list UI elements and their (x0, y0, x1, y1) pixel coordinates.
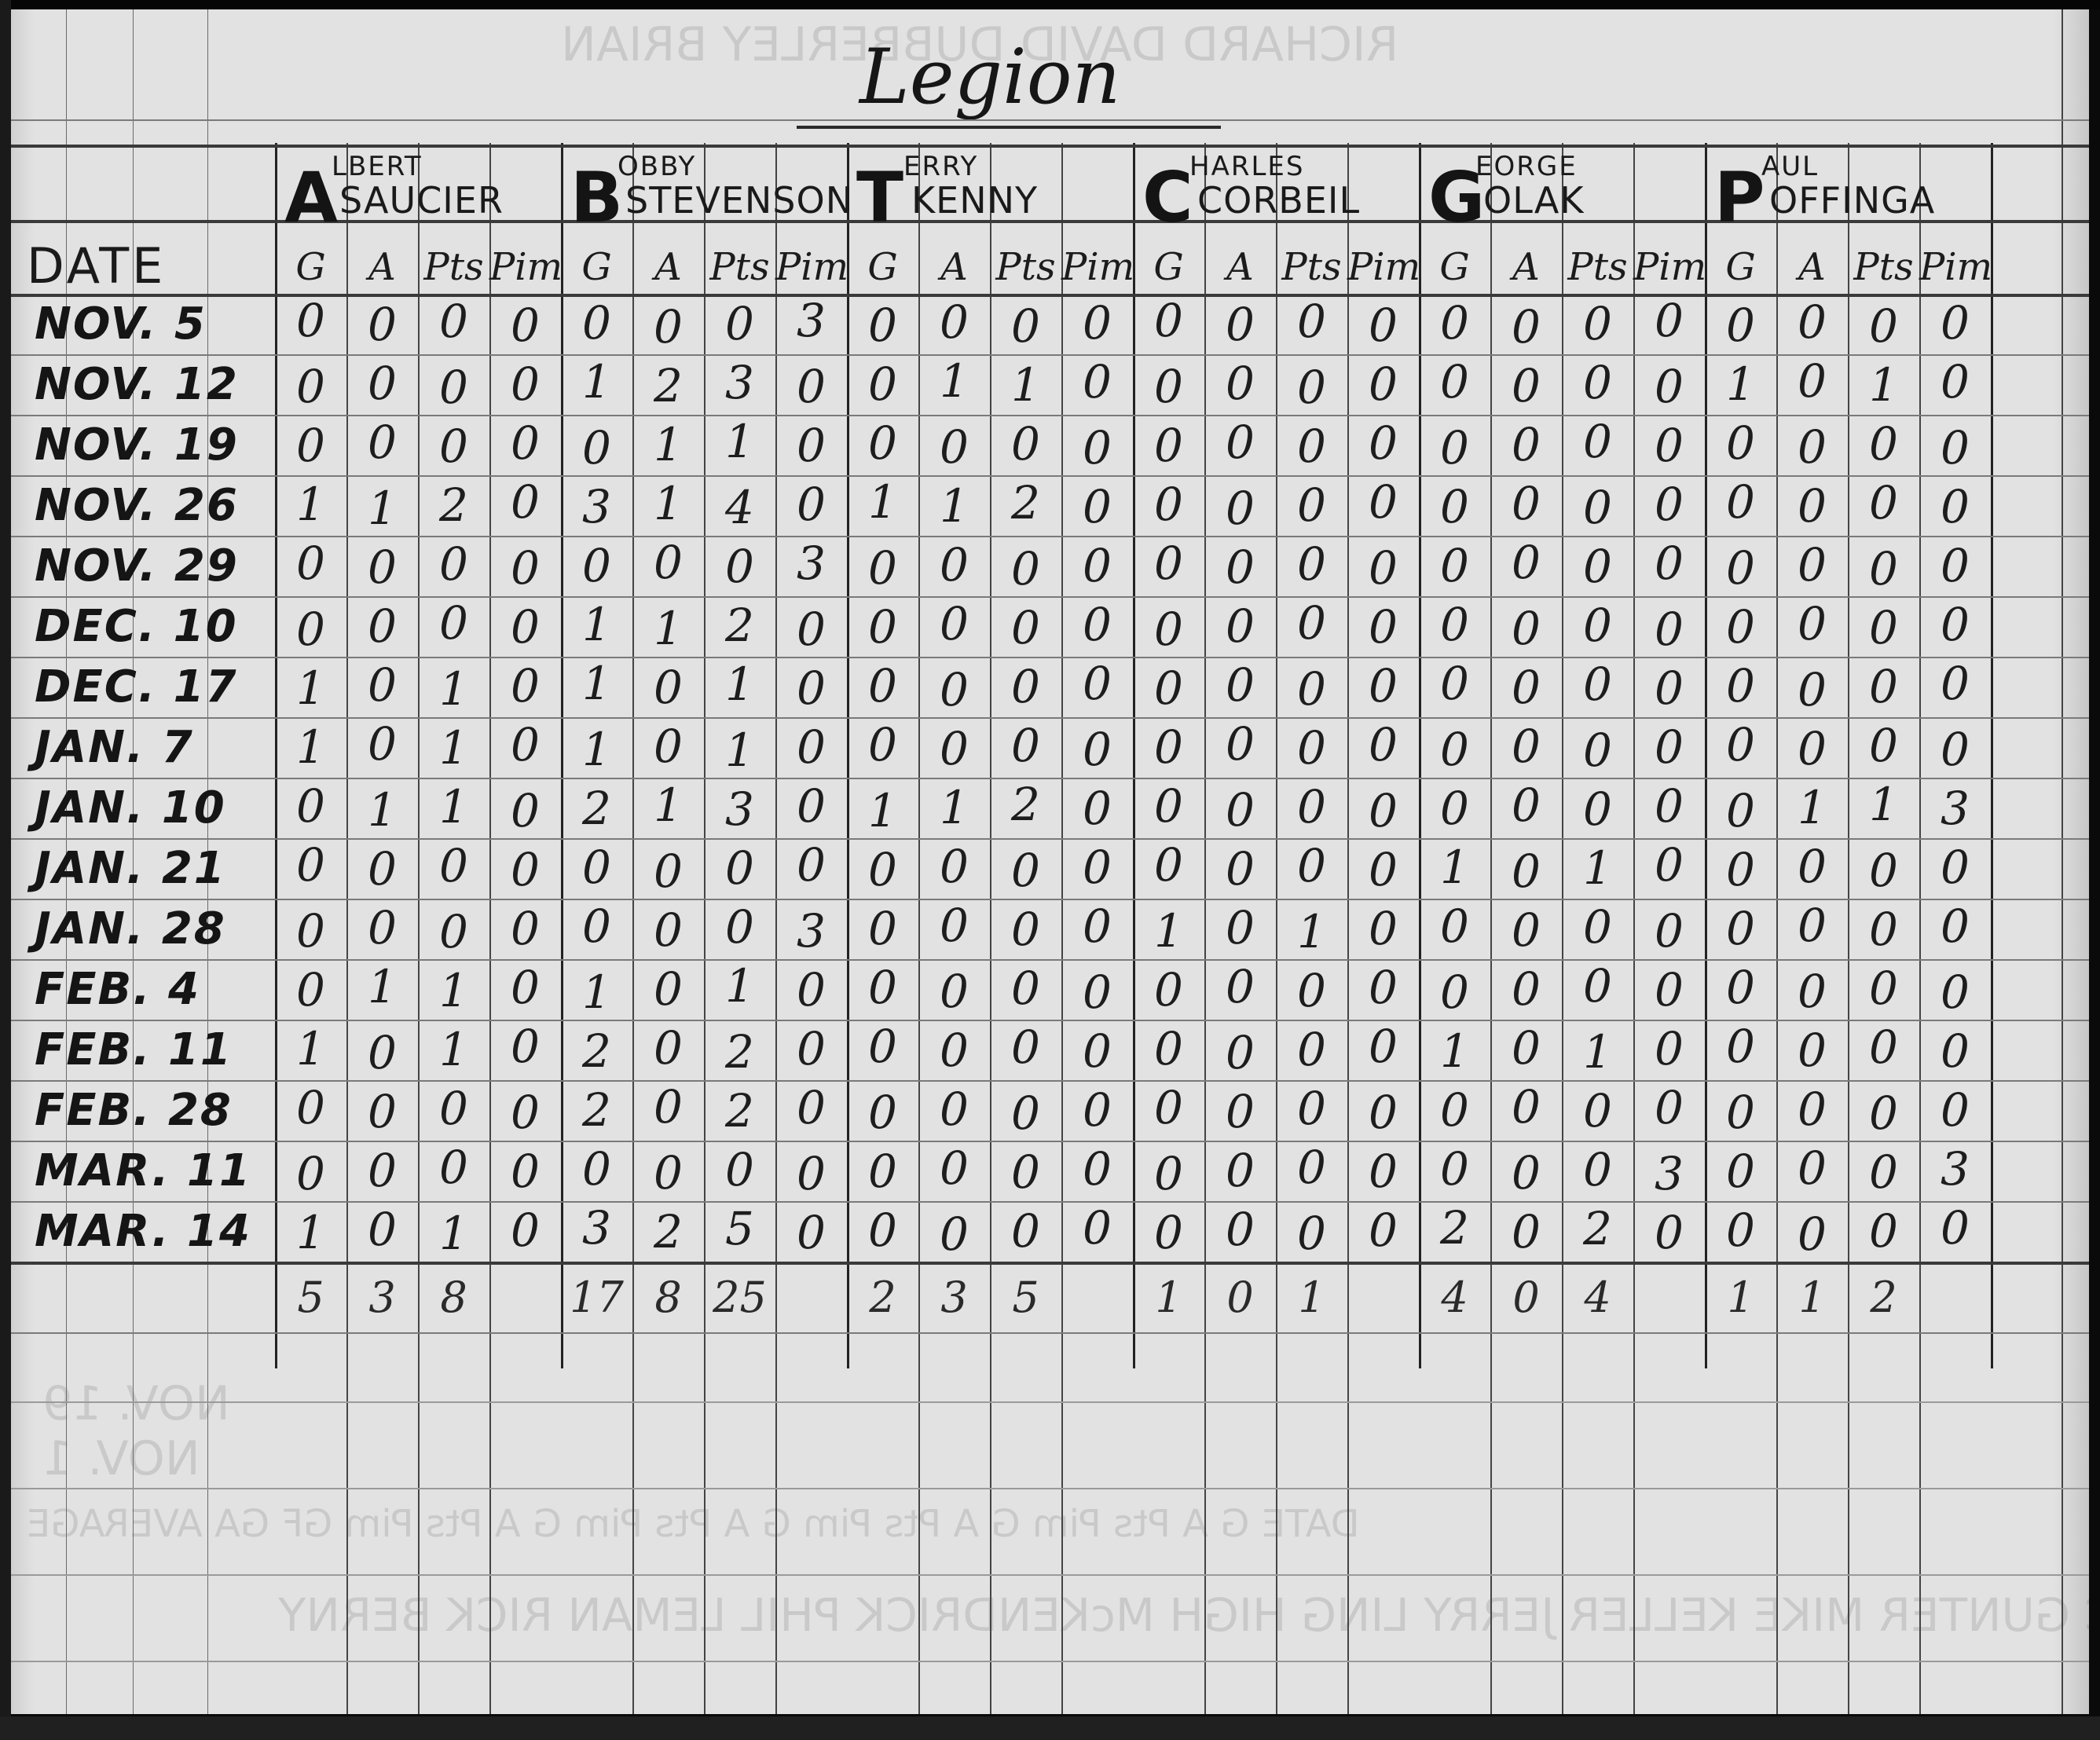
stat-cell: 0 (1776, 295, 1848, 349)
stat-cell: 0 (1633, 1081, 1705, 1134)
stat-cell: 0 (918, 722, 990, 775)
stat-cell: 0 (346, 1203, 418, 1256)
stat-cell: 0 (775, 661, 847, 715)
stat-cell: 0 (1419, 598, 1490, 651)
stat-cell: 0 (1133, 963, 1204, 1017)
stat-cell: 0 (346, 658, 418, 712)
stat-cell: 0 (418, 596, 489, 650)
stat-cell: 0 (1490, 720, 1562, 773)
stat-cell: 0 (918, 295, 990, 349)
stat-cell: 0 (1061, 657, 1133, 710)
stat-cell: 0 (1633, 720, 1705, 774)
stat-cell: 2 (990, 778, 1061, 831)
stat-cell: 0 (275, 419, 346, 472)
stat-cell: 0 (1204, 599, 1276, 653)
stat-cell: 0 (1848, 1145, 1919, 1199)
total-cell: 0 (1490, 1273, 1562, 1322)
stat-cell: 0 (489, 541, 561, 595)
game-date: FEB. 11 (35, 1024, 286, 1075)
stat-cell: 0 (1133, 1081, 1204, 1134)
stat-cell: 0 (1347, 1145, 1419, 1198)
stat-cell: 0 (1776, 1082, 1848, 1136)
stat-cell: 0 (1133, 661, 1204, 715)
stat-cell: 0 (918, 840, 990, 893)
stat-cell: 5 (704, 1202, 775, 1255)
stat-cell: 0 (1133, 603, 1204, 656)
stat-cell: 0 (1490, 1080, 1562, 1134)
stat-cell: 0 (275, 1147, 346, 1200)
stat-cell: 0 (1562, 723, 1633, 777)
stat-cell: 0 (1347, 961, 1419, 1014)
player-initial: B (570, 157, 623, 238)
stat-header-a: A (632, 245, 704, 289)
player-header-albert-saucier: ALBERTSAUCIER (284, 151, 570, 229)
stat-cell: 0 (1633, 537, 1705, 590)
player-divider (1991, 143, 1993, 1368)
stat-cell: 0 (1133, 1022, 1204, 1075)
stat-cell: 0 (847, 1145, 918, 1198)
stat-cell: 1 (275, 1022, 346, 1075)
stat-cell: 0 (1276, 839, 1347, 892)
stat-cell: 0 (1490, 477, 1562, 530)
stat-cell: 0 (346, 1144, 418, 1197)
stat-cell: 0 (632, 1146, 704, 1200)
stat-cell: 1 (561, 355, 632, 408)
player-first-name: AUL (1761, 151, 1819, 182)
stat-cell: 1 (275, 478, 346, 531)
stat-cell: 1 (418, 721, 489, 775)
stat-cell: 0 (1347, 541, 1419, 595)
stat-cell: 0 (775, 779, 847, 833)
stat-cell: 3 (775, 294, 847, 347)
stat-cell: 0 (275, 1081, 346, 1134)
stat-cell: 2 (418, 478, 489, 532)
stat-cell: 0 (918, 597, 990, 650)
stat-cell: 0 (1490, 418, 1562, 471)
stat-cell: 0 (1776, 597, 1848, 650)
stat-cell: 0 (1061, 480, 1133, 533)
stat-cell: 2 (704, 1025, 775, 1079)
stat-cell: 0 (275, 603, 346, 656)
stat-cell: 0 (1419, 899, 1490, 953)
stat-cell: 0 (704, 540, 775, 593)
stat-cell: 0 (1848, 1204, 1919, 1258)
stat-cell: 0 (990, 962, 1061, 1015)
stat-cell: 0 (1776, 965, 1848, 1018)
stat-cell: 0 (847, 1020, 918, 1073)
stat-header-pim: Pim (1347, 245, 1419, 289)
stat-cell: 0 (632, 720, 704, 773)
stat-cell: 0 (847, 541, 918, 595)
stat-cell: 0 (489, 843, 561, 896)
stat-cell: 0 (1562, 782, 1633, 836)
stat-cell: 0 (847, 1203, 918, 1257)
stat-header-a: A (918, 245, 990, 289)
stat-cell: 2 (561, 1083, 632, 1137)
notebook-binding (0, 0, 11, 1740)
stat-cell: 0 (1419, 480, 1490, 533)
stat-header-pim: Pim (1061, 245, 1133, 289)
stat-cell: 0 (1133, 779, 1204, 833)
stat-cell: 0 (1276, 721, 1347, 775)
stat-cell: 0 (632, 962, 704, 1016)
stat-cell: 0 (918, 1207, 990, 1261)
stat-cell: 0 (1490, 300, 1562, 353)
stat-cell: 0 (1061, 1201, 1133, 1255)
stat-cell: 1 (704, 658, 775, 711)
stat-cell: 3 (775, 904, 847, 958)
stat-cell: 0 (1633, 419, 1705, 472)
stat-cell: 1 (632, 602, 704, 655)
stat-cell: 0 (847, 1086, 918, 1139)
stat-cell: 0 (1204, 842, 1276, 896)
stat-cell: 0 (1276, 1207, 1347, 1260)
stat-cell: 1 (561, 598, 632, 651)
stat-cell: 0 (346, 540, 418, 594)
stat-cell: 0 (990, 1086, 1061, 1140)
stat-cell: 3 (775, 537, 847, 590)
stat-cell: 0 (1848, 476, 1919, 529)
stat-cell: 0 (1633, 1206, 1705, 1259)
stat-cell: 0 (418, 361, 489, 414)
stat-cell: 0 (1061, 421, 1133, 474)
stat-cell: 0 (1490, 962, 1562, 1016)
stat-cell: 0 (775, 478, 847, 531)
stat-cell: 0 (1061, 782, 1133, 835)
stat-cell: 0 (1204, 482, 1276, 535)
stat-cell: 0 (990, 903, 1061, 956)
stat-cell: 0 (418, 1082, 489, 1135)
stat-header-pts: Pts (990, 245, 1061, 289)
stat-cell: 0 (918, 663, 990, 716)
stat-cell: 0 (1705, 416, 1776, 470)
stat-cell: 0 (346, 357, 418, 410)
stat-cell: 0 (1133, 294, 1204, 347)
stat-cell: 0 (1633, 838, 1705, 892)
stat-cell: 1 (1562, 841, 1633, 895)
stat-cell: 0 (1848, 601, 1919, 654)
stat-cell: 0 (704, 297, 775, 350)
stat-cell: 0 (1633, 294, 1705, 347)
stat-cell: 1 (918, 781, 990, 834)
total-cell: 2 (847, 1273, 918, 1322)
stat-cell: 0 (1848, 1086, 1919, 1140)
total-cell: 4 (1562, 1273, 1633, 1322)
page-bottom-edge (0, 1716, 2100, 1740)
grid-hline (11, 119, 2089, 121)
stat-cell: 0 (1347, 299, 1419, 352)
total-cell: 8 (632, 1273, 704, 1322)
stat-cell: 0 (847, 659, 918, 712)
page-top-shadow (0, 0, 2100, 9)
stat-cell: 1 (990, 358, 1061, 412)
stat-cell: 0 (1276, 596, 1347, 650)
stat-cell: 0 (1633, 779, 1705, 833)
stat-cell: 0 (1633, 478, 1705, 531)
stat-cell: 0 (1490, 1205, 1562, 1258)
stat-cell: 0 (561, 1142, 632, 1196)
stat-cell: 0 (346, 717, 418, 771)
stat-cell: 1 (704, 415, 775, 468)
stat-cell: 0 (1633, 1022, 1705, 1075)
stat-cell: 1 (275, 661, 346, 715)
stat-cell: 0 (775, 963, 847, 1017)
stat-cell: 0 (1490, 903, 1562, 957)
stat-cell: 0 (990, 1204, 1061, 1258)
stat-cell: 0 (275, 779, 346, 833)
stat-cell: 0 (1705, 541, 1776, 595)
stat-cell: 0 (990, 417, 1061, 471)
stat-cell: 0 (1562, 481, 1633, 534)
stat-cell: 0 (1276, 1023, 1347, 1076)
stat-cell: 0 (704, 1143, 775, 1196)
stat-cell: 0 (704, 900, 775, 954)
ledger-page: RICHARD DAVID DUBBERLEY BRIAN NOV. 19 NO… (11, 9, 2089, 1714)
total-cell: 5 (990, 1273, 1061, 1322)
stat-cell: 0 (1705, 784, 1776, 837)
stat-cell: 1 (632, 418, 704, 471)
stat-cell: 0 (1204, 717, 1276, 771)
stat-cell: 0 (1276, 295, 1347, 348)
player-first-name: OBBY (618, 151, 696, 182)
stat-cell: 0 (990, 844, 1061, 897)
stat-cell: 0 (418, 905, 489, 958)
stat-cell: 0 (1276, 780, 1347, 833)
stat-cell: 0 (275, 904, 346, 958)
stat-cell: 0 (1776, 722, 1848, 775)
grid-hline (11, 1661, 2089, 1662)
stat-cell: 0 (1705, 718, 1776, 771)
stat-cell: 0 (1776, 840, 1848, 893)
stat-cell: 0 (346, 298, 418, 351)
stat-cell: 0 (1705, 659, 1776, 712)
stat-cell: 0 (1061, 539, 1133, 592)
stat-cell: 1 (275, 720, 346, 774)
stat-cell: 1 (1705, 357, 1776, 411)
stat-cell: 0 (1776, 479, 1848, 533)
stat-cell: 1 (918, 479, 990, 533)
stat-cell: 0 (1276, 662, 1347, 716)
game-date: JAN. 21 (35, 843, 286, 894)
total-cell: 25 (704, 1273, 775, 1322)
stat-cell: 0 (1633, 360, 1705, 413)
stat-cell: 0 (1919, 296, 1991, 350)
stat-cell: 0 (1133, 360, 1204, 413)
stat-cell: 0 (1490, 1146, 1562, 1200)
stat-cell: 0 (918, 1082, 990, 1136)
stat-cell: 0 (990, 719, 1061, 772)
stat-cell: 0 (275, 360, 346, 413)
stat-cell: 0 (1347, 843, 1419, 896)
stat-cell: 0 (775, 419, 847, 472)
player-last-name: SAUCIER (339, 179, 504, 222)
total-cell: 4 (1419, 1273, 1490, 1322)
stat-cell: 0 (918, 538, 990, 592)
stat-cell: 0 (1061, 723, 1133, 776)
stat-cell: 0 (561, 539, 632, 592)
stat-cell: 0 (1419, 657, 1490, 710)
stat-cell: 1 (418, 1207, 489, 1260)
stat-cell: 0 (1204, 658, 1276, 712)
stat-cell: 0 (1848, 660, 1919, 713)
game-date: NOV. 29 (35, 540, 286, 592)
stat-cell: 0 (1705, 1145, 1776, 1198)
stat-cell: 0 (847, 600, 918, 654)
bleed-through-header: DATE G A Pts Pim G A Pts Pim G A Pts Pim… (27, 1502, 1360, 1546)
stat-cell: 0 (1562, 415, 1633, 468)
total-cell: 3 (918, 1273, 990, 1322)
total-cell: 8 (418, 1273, 489, 1322)
stat-cell: 0 (1776, 1024, 1848, 1077)
stat-cell: 0 (275, 537, 346, 590)
stat-cell: 0 (1705, 1203, 1776, 1257)
stat-cell: 0 (1776, 420, 1848, 474)
stat-cell: 3 (1919, 782, 1991, 835)
stat-cell: 0 (1419, 421, 1490, 474)
grid-hline (11, 415, 2089, 416)
stat-cell: 0 (1776, 899, 1848, 952)
player-first-name: HARLES (1189, 151, 1304, 182)
stat-cell: 0 (1061, 296, 1133, 350)
stat-cell: 2 (561, 782, 632, 835)
stat-header-a: A (1776, 245, 1848, 289)
player-initial: P (1714, 157, 1765, 238)
grid-hline (11, 1332, 2089, 1334)
stat-header-g: G (275, 245, 346, 289)
stat-cell: 0 (489, 659, 561, 712)
stat-cell: 0 (775, 360, 847, 413)
stat-cell: 0 (847, 357, 918, 411)
stat-cell: 0 (1848, 542, 1919, 595)
stat-cell: 1 (632, 477, 704, 530)
stat-cell: 0 (1776, 1207, 1848, 1261)
stat-cell: 0 (990, 601, 1061, 654)
stat-cell: 0 (775, 1022, 847, 1075)
stat-cell: 0 (990, 660, 1061, 713)
stat-cell: 0 (990, 1020, 1061, 1074)
player-header-bobby-stevenson: BOBBYSTEVENSON (570, 151, 856, 229)
stat-cell: 0 (1490, 778, 1562, 832)
stat-cell: 0 (1347, 718, 1419, 771)
stat-cell: 0 (632, 1080, 704, 1134)
stat-cell: 0 (775, 1081, 847, 1134)
stat-cell: 0 (1276, 419, 1347, 473)
stat-cell: 0 (847, 843, 918, 896)
player-initial: A (284, 157, 338, 238)
stat-cell: 0 (418, 537, 489, 591)
stat-cell: 0 (1347, 600, 1419, 654)
stat-cell: 1 (346, 960, 418, 1013)
game-date: FEB. 4 (35, 964, 286, 1015)
stat-cell: 0 (346, 901, 418, 954)
stat-cell: 0 (489, 1086, 561, 1139)
stat-cell: 0 (1705, 600, 1776, 654)
stat-cell: 3 (1919, 1142, 1991, 1196)
player-header-charles-corbeil: CHARLESCORBEIL (1142, 151, 1428, 229)
stat-cell: 0 (1204, 1144, 1276, 1197)
stat-cell: 0 (1919, 1201, 1991, 1255)
player-last-name: OFFINGA (1769, 179, 1935, 222)
stat-cell: 0 (346, 599, 418, 653)
stat-cell: 3 (1633, 1147, 1705, 1200)
stat-cell: 0 (1848, 299, 1919, 353)
stat-cell: 0 (1633, 904, 1705, 958)
stat-cell: 0 (418, 1141, 489, 1194)
stat-cell: 0 (1347, 1020, 1419, 1073)
stat-cell: 0 (918, 1141, 990, 1195)
player-last-name: OLAK (1483, 179, 1585, 222)
player-header-george-olak: GEORGEOLAK (1428, 151, 1714, 229)
stat-cell: 0 (1133, 478, 1204, 531)
stat-cell: 2 (632, 1205, 704, 1258)
stat-header-pim: Pim (1919, 245, 1991, 289)
stat-cell: 0 (632, 1021, 704, 1075)
stat-cell: 0 (489, 416, 561, 470)
game-date: NOV. 12 (35, 359, 286, 410)
stat-cell: 0 (1133, 720, 1204, 774)
stat-header-pim: Pim (775, 245, 847, 289)
stat-cell: 1 (561, 965, 632, 1019)
stat-cell: 0 (1490, 661, 1562, 714)
stat-cell: 1 (346, 482, 418, 535)
stat-cell: 0 (1419, 723, 1490, 776)
stat-cell: 0 (1276, 964, 1347, 1017)
stat-cell: 0 (1133, 838, 1204, 892)
stat-cell: 0 (489, 600, 561, 654)
stat-cell: 0 (1204, 1203, 1276, 1256)
stat-header-a: A (346, 245, 418, 289)
stat-cell: 0 (704, 841, 775, 895)
stat-cell: 0 (489, 718, 561, 771)
stat-header-g: G (1133, 245, 1204, 289)
stat-cell: 2 (632, 359, 704, 412)
player-last-name: STEVENSON (625, 179, 853, 222)
stat-cell: 0 (1133, 419, 1204, 472)
stat-cell: 0 (1061, 965, 1133, 1019)
stat-cell: 0 (1490, 844, 1562, 898)
stat-cell: 0 (847, 718, 918, 771)
stat-cell: 0 (1204, 960, 1276, 1013)
stat-cell: 0 (1276, 361, 1347, 414)
stat-cell: 0 (1848, 417, 1919, 471)
stat-cell: 0 (1347, 784, 1419, 837)
total-cell: 1 (1776, 1273, 1848, 1322)
stat-header-g: G (847, 245, 918, 289)
game-date: JAN. 28 (35, 903, 286, 954)
stat-cell: 0 (1204, 783, 1276, 837)
stat-cell: 0 (847, 961, 918, 1014)
stat-cell: 0 (918, 420, 990, 474)
stat-header-pts: Pts (1562, 245, 1633, 289)
grid-hline (11, 1488, 2089, 1489)
total-cell: 1 (1133, 1273, 1204, 1322)
stat-cell: 1 (418, 964, 489, 1017)
stat-cell: 0 (1347, 1086, 1419, 1139)
stat-cell: 0 (1276, 537, 1347, 591)
stat-cell: 0 (489, 961, 561, 1014)
stat-cell: 0 (990, 1145, 1061, 1199)
stat-cell: 0 (1562, 356, 1633, 409)
grid-hline (11, 959, 2089, 961)
stat-cell: 0 (1419, 355, 1490, 408)
stat-cell: 0 (1419, 539, 1490, 592)
stat-cell: 0 (489, 1203, 561, 1257)
stat-cell: 0 (1919, 539, 1991, 592)
stat-cell: 1 (918, 354, 990, 408)
stat-cell: 0 (1061, 1083, 1133, 1137)
total-cell: 1 (1276, 1273, 1347, 1322)
stat-cell: 0 (1562, 900, 1633, 954)
